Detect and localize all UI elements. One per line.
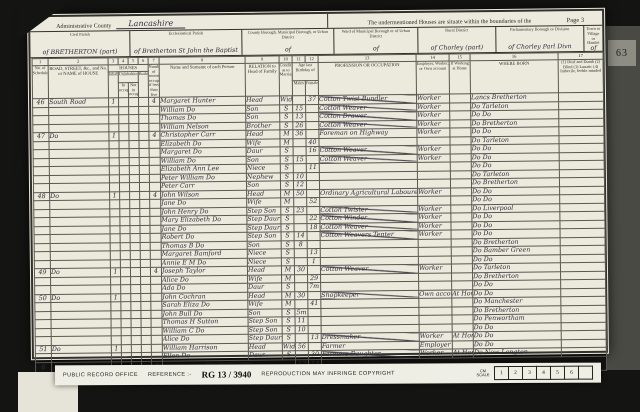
cell-uninhabited-in-occupation — [121, 285, 131, 294]
cell-building — [139, 123, 149, 132]
cm-scale: CM SCALE 123456 — [475, 366, 593, 381]
header-rooms: Number of rooms occupied if less than fi… — [148, 64, 159, 97]
cell-age-male: 15 — [293, 155, 306, 164]
cell-at-home — [451, 222, 472, 231]
cell-condition: S — [282, 317, 295, 326]
cell-schedule-number — [34, 226, 50, 235]
census-table-head: 1234567891011121314151617 No. of Schedul… — [32, 52, 603, 99]
cell-rooms — [149, 140, 160, 149]
cell-uninhabited-in-occupation — [120, 225, 130, 234]
cell-employer: Own account — [419, 290, 452, 299]
cell-age-male: 23 — [294, 206, 307, 215]
cell-uninhabited-in-occupation — [120, 242, 130, 251]
cell-building — [139, 183, 149, 192]
cell-age-female — [308, 308, 321, 317]
cell-rooms — [151, 344, 162, 353]
cell-age-female: 41 — [308, 300, 321, 309]
header-condition: Condition as to Marriage — [279, 63, 292, 96]
cell-age-female: 22 — [307, 215, 320, 224]
cell-building — [139, 149, 149, 158]
cell-building — [139, 115, 149, 124]
cell-age-male: 13 — [293, 113, 306, 122]
header-relation: RELATION to Head of Family — [245, 63, 279, 97]
cell-employer — [419, 324, 452, 333]
cell-condition: S — [281, 241, 294, 250]
cell-age-female — [308, 317, 321, 326]
cell-age-female: 7m — [308, 283, 321, 292]
cell-age-male: 10 — [293, 172, 306, 181]
cell-uninhabited-in-occupation — [121, 344, 131, 353]
cell-age-male — [293, 96, 306, 105]
cell-condition: S — [280, 164, 293, 173]
cell-schedule-number — [35, 354, 51, 363]
cell-condition: S — [280, 156, 293, 165]
cell-age-male — [293, 138, 306, 147]
cell-rooms — [149, 166, 160, 175]
cell-employer — [418, 247, 451, 256]
cell-at-home — [451, 196, 472, 205]
cell-relation: Head — [247, 190, 281, 199]
cell-rooms — [151, 353, 162, 362]
cell-building — [139, 98, 149, 107]
cell-age-female — [308, 325, 321, 334]
cell-condition: M — [280, 130, 293, 139]
cell-employer — [418, 196, 451, 205]
cell-age-male — [294, 198, 307, 207]
district-box: Rural Districtof Chorley (part) — [418, 27, 496, 53]
cell-inhabited — [109, 149, 119, 158]
cell-uninhabited-not-in-occupation — [130, 242, 140, 251]
header-infirmity: (1) Deaf and Dumb (2) Blind (3) Lunatic … — [558, 59, 603, 93]
cell-uninhabited-in-occupation — [120, 259, 130, 268]
cell-age-male: 26 — [293, 121, 306, 130]
cell-rooms — [151, 319, 162, 328]
cell-building — [139, 106, 149, 115]
cell-uninhabited-not-in-occupation — [129, 140, 139, 149]
cell-rooms — [150, 251, 161, 260]
cell-age-male: 56 — [295, 342, 308, 351]
cell-inhabited — [109, 158, 119, 167]
cell-rooms: 4 — [149, 98, 160, 107]
header-inhabited: Inhabited — [108, 72, 118, 98]
cell-employer: Employer — [419, 341, 452, 350]
cell-schedule-number — [33, 124, 49, 133]
cell-uninhabited-not-in-occupation — [131, 293, 141, 302]
cell-uninhabited-not-in-occupation — [129, 106, 139, 115]
cell-uninhabited-not-in-occupation — [130, 217, 140, 226]
cell-rooms — [150, 259, 161, 268]
cell-employer — [419, 307, 452, 316]
header-age: Age last Birthday of — [292, 62, 318, 81]
cell-age-female: 13 — [307, 249, 320, 258]
cell-schedule-number: 49 — [34, 269, 50, 278]
cell-employer: Worker — [417, 128, 450, 137]
cell-uninhabited-in-occupation — [119, 149, 129, 158]
cell-condition: S — [280, 181, 293, 190]
cell-rooms — [151, 310, 162, 319]
cell-uninhabited-in-occupation — [119, 166, 129, 175]
cell-rooms — [151, 302, 162, 311]
cell-uninhabited-not-in-occupation — [130, 200, 140, 209]
cell-rooms — [151, 276, 162, 285]
cell-building — [141, 319, 151, 328]
cell-rooms — [149, 106, 160, 115]
cell-uninhabited-not-in-occupation — [130, 259, 140, 268]
census-form: Administrative County Lancashire The und… — [28, 9, 608, 360]
header-building: Building — [138, 71, 148, 97]
district-label: Rural District — [418, 27, 495, 34]
cell-schedule-number — [35, 337, 51, 346]
cell-at-home: At Home — [452, 349, 473, 358]
cell-employer — [417, 162, 450, 171]
cell-uninhabited-in-occupation — [119, 132, 129, 141]
cell-employer: Worker — [417, 154, 450, 163]
cell-rooms — [149, 157, 160, 166]
cell-uninhabited-in-occupation — [121, 319, 131, 328]
cell-schedule-number — [34, 209, 50, 218]
page-number: Page 3 — [567, 17, 585, 24]
cell-building — [139, 157, 149, 166]
cell-inhabited: 1 — [110, 192, 120, 201]
header-employer: Employer, Worker, or Own account — [416, 61, 449, 95]
cell-age-male — [295, 283, 308, 292]
cell-age-female: 13 — [308, 334, 321, 343]
cell-uninhabited-not-in-occupation — [131, 344, 141, 353]
cell-condition: S — [282, 334, 295, 343]
cell-age-female — [306, 130, 319, 139]
cell-condition: S — [280, 147, 293, 156]
pro-reference-value: RG 13 / 3940 — [202, 369, 252, 379]
cell-at-home — [452, 273, 473, 282]
cell-inhabited — [110, 243, 120, 252]
cell-relation: Head — [246, 130, 280, 139]
cell-schedule-number — [33, 116, 49, 125]
cell-employer — [417, 179, 450, 188]
cell-rooms — [151, 293, 162, 302]
cell-age-female — [307, 240, 320, 249]
cell-rooms — [150, 217, 161, 226]
cell-relation: Step Son — [247, 207, 281, 216]
pro-reference-strip: PUBLIC RECORD OFFICE REFERENCE :- RG 13 … — [55, 363, 601, 386]
cell-schedule-number — [35, 303, 51, 312]
cell-age-male: 30 — [295, 291, 308, 300]
cell-at-home — [450, 154, 471, 163]
cell-building — [141, 293, 151, 302]
cell-rooms — [151, 336, 162, 345]
cell-relation: Step Daur — [247, 224, 281, 233]
cell-age-male — [294, 215, 307, 224]
cell-at-home — [452, 298, 473, 307]
cell-uninhabited-not-in-occupation — [129, 132, 139, 141]
cell-relation: Wife — [247, 198, 281, 207]
cell-schedule-number — [33, 141, 49, 150]
census-rows: 46 South Road 1 4 Margaret Hunter Head W… — [33, 93, 607, 363]
cell-age-male: 36 — [293, 130, 306, 139]
cell-at-home — [451, 213, 472, 222]
cell-uninhabited-in-occupation — [120, 251, 130, 260]
cell-building — [139, 174, 149, 183]
cm-scale-cell — [579, 366, 593, 380]
cell-condition: S — [281, 207, 294, 216]
cell-inhabited: 1 — [109, 132, 119, 141]
cell-age-female — [308, 291, 321, 300]
cell-relation: Step Daur — [247, 215, 281, 224]
cell-age-male — [293, 164, 306, 173]
cell-inhabited — [111, 311, 121, 320]
cell-condition: S — [280, 173, 293, 182]
cell-employer: Worker — [418, 213, 451, 222]
cell-uninhabited-not-in-occupation — [129, 166, 139, 175]
cell-employer: Worker — [417, 120, 450, 129]
cell-rooms — [151, 285, 162, 294]
cell-at-home — [452, 315, 473, 324]
cell-uninhabited-not-in-occupation — [129, 149, 139, 158]
cell-employer — [419, 315, 452, 324]
cell-age-female: 52 — [307, 198, 320, 207]
cell-uninhabited-not-in-occupation — [131, 302, 141, 311]
cell-uninhabited-not-in-occupation — [129, 115, 139, 124]
district-value: of BRETHERTON (part) — [30, 49, 129, 57]
cell-condition: S — [280, 122, 293, 131]
cm-scale-cell: 5 — [551, 366, 565, 380]
cell-schedule-number — [34, 260, 50, 269]
cell-building — [141, 344, 151, 353]
cell-age-male: 30 — [294, 266, 307, 275]
cell-age-male: 11 — [295, 317, 308, 326]
cell-relation: Head — [246, 96, 280, 105]
cell-at-home: At Home — [452, 332, 473, 341]
cell-schedule-number — [33, 175, 49, 184]
cell-uninhabited-not-in-occupation — [129, 123, 139, 132]
cell-rooms — [149, 123, 160, 132]
cell-relation: Step Son — [248, 317, 282, 326]
cell-condition: M — [280, 139, 293, 148]
cell-uninhabited-not-in-occupation — [130, 191, 140, 200]
cell-relation: Wife — [246, 139, 280, 148]
cell-age-male: 5m — [295, 308, 308, 317]
cell-age-female: 11 — [306, 164, 319, 173]
district-value: of Bretherton St John the Baptist — [130, 48, 241, 56]
cell-building — [140, 225, 150, 234]
cell-building — [140, 251, 150, 260]
cell-inhabited — [109, 175, 119, 184]
cell-schedule-number: 48 — [34, 192, 50, 201]
cell-age-male — [295, 300, 308, 309]
cell-age-female — [307, 232, 320, 241]
cell-employer — [419, 281, 452, 290]
cell-at-home — [450, 162, 471, 171]
header-not-in-occupation: Not in occupation — [128, 83, 138, 98]
cell-employer: Worker — [418, 230, 451, 239]
cell-age-female — [306, 155, 319, 164]
cell-inhabited — [111, 319, 121, 328]
cell-age-female — [307, 206, 320, 215]
cell-relation: Step Son — [247, 232, 281, 241]
cell-inhabited — [109, 166, 119, 175]
cell-schedule-number — [33, 158, 49, 167]
header-at-home: If Working at Home — [449, 61, 470, 95]
cell-employer: Worker — [418, 205, 451, 214]
cell-building — [139, 132, 149, 141]
cell-rooms — [149, 115, 160, 124]
cell-age-female: 30 — [308, 351, 321, 360]
cell-rooms — [150, 234, 161, 243]
cell-at-home — [449, 94, 470, 103]
cell-rooms — [150, 225, 161, 234]
district-box: County Borough, Municipal Borough, or Ur… — [242, 29, 334, 55]
cell-relation: Step Son — [248, 326, 282, 335]
cell-employer: Worker — [418, 222, 451, 231]
cell-age-male — [295, 334, 308, 343]
cell-inhabited — [111, 328, 121, 337]
cell-age-male: 50 — [294, 189, 307, 198]
cell-uninhabited-not-in-occupation — [130, 234, 140, 243]
cell-condition: S — [281, 258, 294, 267]
cell-age-female: 16 — [306, 147, 319, 156]
district-label: Ward of Municipal Borough or of Urban Di… — [334, 28, 417, 40]
cell-age-male — [295, 351, 308, 360]
district-value: of Chorley (part) — [418, 45, 495, 53]
cell-at-home — [452, 324, 473, 333]
cell-uninhabited-not-in-occupation — [131, 353, 141, 362]
cell-schedule-number — [35, 286, 51, 295]
district-box: Parliamentary Borough or Divisionof Chor… — [496, 26, 584, 52]
cell-inhabited: 1 — [111, 345, 121, 354]
cell-building — [140, 242, 150, 251]
header-in-occupation: In occupation — [118, 83, 128, 98]
cell-inhabited — [109, 115, 119, 124]
cell-rooms — [151, 327, 162, 336]
district-value: of — [334, 46, 417, 54]
district-label: Parliamentary Borough or Division — [496, 26, 583, 33]
cell-employer — [417, 171, 450, 180]
cm-scale-cell: 1 — [494, 366, 509, 380]
cell-age-female: 29 — [308, 274, 321, 283]
district-box: Ecclesiastical Parishof Bretherton St Jo… — [130, 30, 242, 56]
cell-age-female — [306, 104, 319, 113]
cell-condition: S — [282, 326, 295, 335]
cell-uninhabited-in-occupation — [119, 123, 129, 132]
cell-inhabited — [111, 302, 121, 311]
cm-scale-label: CM SCALE — [475, 369, 491, 378]
cell-at-home — [450, 171, 471, 180]
cell-age-male: 12 — [293, 181, 306, 190]
cell-rooms — [149, 183, 160, 192]
district-box: Town or Village or Hamletof BRETHERTON — [584, 26, 602, 51]
cell-age-male — [294, 257, 307, 266]
cell-age-male — [293, 147, 306, 156]
administrative-county-value: Lancashire — [116, 18, 185, 29]
cell-condition: M — [281, 190, 294, 199]
cell-inhabited — [110, 226, 120, 235]
microfilm-edge — [606, 26, 640, 370]
cell-uninhabited-in-occupation — [119, 98, 129, 107]
cell-schedule-number — [35, 311, 51, 320]
cm-scale-cell: 2 — [509, 366, 523, 380]
cell-uninhabited-not-in-occupation — [129, 157, 139, 166]
cell-uninhabited-not-in-occupation — [131, 276, 141, 285]
cell-at-home — [452, 307, 473, 316]
cell-employer: Worker — [417, 145, 450, 154]
district-value: of BRETHERTON — [584, 46, 602, 51]
district-label: Ecclesiastical Parish — [130, 30, 241, 37]
cell-relation: Niece — [246, 164, 280, 173]
cell-age-female — [306, 113, 319, 122]
cell-building — [140, 191, 150, 200]
cell-at-home: At Home — [452, 290, 473, 299]
cell-inhabited — [110, 260, 120, 269]
cell-uninhabited-in-occupation — [119, 115, 129, 124]
cell-rooms — [149, 174, 160, 183]
header-males: Males — [292, 81, 305, 96]
cell-schedule-number — [33, 184, 49, 193]
cell-uninhabited-in-occupation — [119, 174, 129, 183]
cell-schedule-number — [35, 277, 51, 286]
cell-condition: M — [282, 300, 295, 309]
cell-schedule-number — [34, 243, 50, 252]
cell-uninhabited-in-occupation — [120, 191, 130, 200]
cell-age-male: 15 — [293, 104, 306, 113]
cell-building — [140, 268, 150, 277]
cell-inhabited — [110, 251, 120, 260]
cell-at-home — [450, 145, 471, 154]
cell-rooms — [149, 149, 160, 158]
cell-condition: S — [281, 215, 294, 224]
cell-building — [140, 217, 150, 226]
cell-inhabited — [109, 124, 119, 133]
cell-building — [141, 310, 151, 319]
cell-building — [141, 336, 151, 345]
cell-at-home — [451, 188, 472, 197]
cell-uninhabited-in-occupation — [120, 268, 130, 277]
header-name: Name and Surname of each Person — [159, 63, 245, 97]
header-females: Females — [305, 81, 318, 96]
cell-relation: Head — [248, 343, 282, 352]
cell-inhabited — [110, 209, 120, 218]
cell-building — [139, 140, 149, 149]
cell-at-home — [451, 247, 472, 256]
cm-scale-cell: 3 — [523, 366, 537, 380]
cell-relation: Daur — [246, 147, 280, 156]
cell-employer — [419, 273, 452, 282]
cell-uninhabited-in-occupation — [121, 310, 131, 319]
cell-uninhabited-in-occupation — [121, 353, 131, 362]
cell-employer — [417, 137, 450, 146]
district-box: Ward of Municipal Borough or of Urban Di… — [334, 28, 418, 54]
cell-uninhabited-not-in-occupation — [129, 183, 139, 192]
cell-inhabited — [110, 200, 120, 209]
header-road: ROAD, STREET, &c., and No. or NAME of HO… — [48, 65, 108, 99]
cell-uninhabited-in-occupation — [120, 208, 130, 217]
cell-building — [141, 302, 151, 311]
cell-condition: S — [282, 309, 295, 318]
cell-at-home — [452, 281, 473, 290]
cell-building — [141, 276, 151, 285]
cell-age-female — [307, 189, 320, 198]
header-no-schedule: No. of Schedule — [32, 66, 48, 99]
cell-condition: M — [281, 266, 294, 275]
cell-inhabited — [111, 336, 121, 345]
cell-uninhabited-in-occupation — [120, 217, 130, 226]
cell-inhabited: 1 — [111, 294, 121, 303]
cell-schedule-number: 50 — [35, 294, 51, 303]
cell-building — [140, 208, 150, 217]
cell-schedule-number: 46 — [33, 99, 49, 108]
cell-condition: S — [280, 105, 293, 114]
cell-uninhabited-not-in-occupation — [131, 310, 141, 319]
cell-relation: Nephew — [246, 173, 280, 182]
cell-employer — [418, 256, 451, 265]
